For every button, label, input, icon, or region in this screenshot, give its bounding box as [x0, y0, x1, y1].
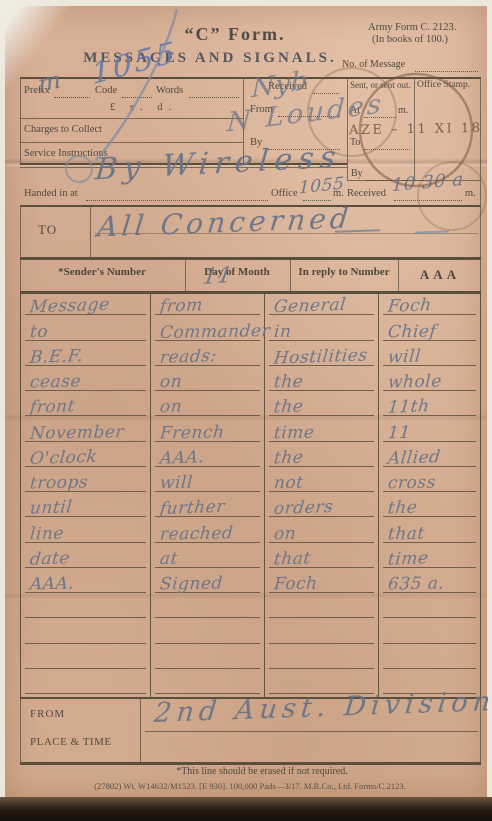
- message-cell: the: [265, 394, 379, 419]
- message-word: B.E.F.: [29, 346, 85, 368]
- message-row: ceaseonthewhole: [21, 369, 480, 394]
- at-m-label: m.: [398, 105, 408, 116]
- message-cell: further: [151, 495, 265, 520]
- message-word: reached: [159, 523, 234, 544]
- message-word: on: [159, 397, 183, 418]
- message-cell: [21, 672, 151, 697]
- words-label: Words: [156, 85, 183, 96]
- message-cell: troops: [21, 470, 151, 495]
- sent-by-label: By: [351, 168, 363, 179]
- message-word: Commander: [159, 321, 271, 343]
- message-cell: time: [379, 546, 480, 571]
- no-of-message-label: No. of Message: [342, 59, 405, 70]
- footnote: *This line should be erased if not requi…: [176, 766, 348, 777]
- message-cell: AAA.: [151, 445, 265, 470]
- received2-label: Received: [347, 188, 386, 199]
- message-word: at: [159, 548, 179, 569]
- message-cell: [379, 596, 480, 621]
- message-word: November: [29, 422, 124, 444]
- message-cell: orders: [265, 495, 379, 520]
- message-cell: Hostilities: [265, 344, 379, 369]
- army-form-number: Army Form C. 2123.: [368, 22, 456, 33]
- message-row: MessagefromGeneralFoch: [21, 293, 480, 318]
- received-blank: [313, 80, 339, 94]
- message-word: in: [273, 321, 292, 341]
- message-word: 11: [387, 422, 411, 442]
- hw-corner-note: m: [36, 66, 62, 99]
- message-cell: time: [265, 419, 379, 444]
- message-cell: the: [265, 369, 379, 394]
- message-cell: not: [265, 470, 379, 495]
- message-cell: [379, 647, 480, 672]
- message-cell: Allied: [379, 445, 480, 470]
- message-word: the: [273, 447, 305, 468]
- message-cell: [21, 621, 151, 646]
- message-word: further: [159, 497, 226, 519]
- message-cell: AAA.: [21, 571, 151, 596]
- message-cell: 11th: [379, 394, 480, 419]
- message-cell: Message: [21, 293, 151, 318]
- message-word: Signed: [159, 573, 223, 594]
- message-cell: November: [21, 419, 151, 444]
- hw-day-value: 11: [201, 263, 235, 290]
- message-cell: [265, 596, 379, 621]
- message-row: B.E.F.reads:Hostilitieswill: [21, 344, 480, 369]
- in-reply-label: In reply to Number: [298, 266, 389, 278]
- message-word: will: [159, 473, 193, 494]
- place-time-label: PLACE & TIME: [30, 736, 112, 748]
- message-word: the: [273, 397, 305, 418]
- message-cell: [21, 647, 151, 672]
- senders-number-label: *Sender's Number: [58, 266, 146, 278]
- message-cell: to: [21, 318, 151, 343]
- message-cell: in: [265, 318, 379, 343]
- message-cell: [265, 647, 379, 672]
- message-row: AAA.SignedFoch635 a.: [21, 571, 480, 596]
- message-cell: B.E.F.: [21, 344, 151, 369]
- scan-shadow-band: [0, 797, 492, 821]
- scanned-message-form: “C” Form. Army Form C. 2123. (In books o…: [0, 0, 492, 821]
- message-cell: [265, 621, 379, 646]
- message-word: date: [29, 548, 71, 569]
- to-box-label: TO: [38, 222, 57, 238]
- message-row: troopswillnotcross: [21, 470, 480, 495]
- message-word: Foch: [387, 295, 433, 317]
- message-grid: MessagefromGeneralFochtoCommanderinChief…: [20, 293, 481, 697]
- message-cell: 11: [379, 419, 480, 444]
- message-row: [21, 621, 480, 646]
- message-word: the: [273, 372, 304, 393]
- message-word: until: [29, 498, 73, 519]
- message-cell: from: [151, 293, 265, 318]
- message-word: not: [273, 473, 304, 494]
- message-cell: front: [21, 394, 151, 419]
- message-cell: the: [265, 445, 379, 470]
- message-cell: Commander: [151, 318, 265, 343]
- message-word: to: [29, 321, 49, 341]
- message-word: O'clock: [29, 447, 99, 469]
- message-cell: will: [151, 470, 265, 495]
- message-cell: General: [265, 293, 379, 318]
- charges-label: Charges to Collect: [24, 124, 102, 135]
- message-word: from: [159, 296, 204, 317]
- message-cell: [151, 621, 265, 646]
- message-cell: [379, 621, 480, 646]
- message-word: cross: [387, 473, 436, 494]
- to-blank: [364, 136, 410, 150]
- message-word: the: [387, 498, 419, 519]
- message-word: Message: [29, 295, 111, 318]
- message-cell: on: [151, 394, 265, 419]
- message-cell: cross: [379, 470, 480, 495]
- message-cell: Signed: [151, 571, 265, 596]
- message-word: cease: [29, 372, 81, 393]
- message-word: 635 a.: [387, 574, 445, 595]
- message-word: front: [29, 396, 76, 418]
- message-cell: Foch: [379, 293, 480, 318]
- message-cell: reached: [151, 520, 265, 545]
- message-cell: cease: [21, 369, 151, 394]
- from-box-label: FROM: [30, 708, 65, 720]
- message-word: troops: [29, 472, 89, 493]
- message-row: linereachedonthat: [21, 520, 480, 545]
- message-word: French: [159, 422, 225, 443]
- imprint: (27802) Wt. W14632/M1523. [E 930]. 100,0…: [94, 781, 406, 791]
- office-stamp-date: AZE – 11 XI 18: [349, 121, 483, 138]
- message-row: NovemberFrenchtime11: [21, 419, 480, 444]
- office-label: Office: [271, 188, 298, 199]
- message-word: will: [387, 346, 422, 367]
- office-stamp-label: Office Stamp.: [417, 80, 470, 90]
- message-word: Chief: [387, 321, 437, 342]
- message-cell: until: [21, 495, 151, 520]
- message-row: O'clockAAA.theAllied: [21, 445, 480, 470]
- message-cell: Foch: [265, 571, 379, 596]
- message-cell: date: [21, 546, 151, 571]
- message-cell: Chief: [379, 318, 480, 343]
- message-word: on: [273, 523, 297, 543]
- message-cell: French: [151, 419, 265, 444]
- message-cell: O'clock: [21, 445, 151, 470]
- message-word: Hostilities: [273, 345, 369, 368]
- message-cell: line: [21, 520, 151, 545]
- no-of-message-blank: [415, 58, 478, 72]
- message-word: General: [273, 295, 347, 317]
- message-word: reads:: [159, 346, 218, 368]
- message-cell: at: [151, 546, 265, 571]
- message-cell: [151, 647, 265, 672]
- message-word: time: [273, 422, 315, 443]
- code-blank: [122, 84, 152, 98]
- service-label: Service Instructions: [24, 148, 108, 159]
- message-word: Foch: [273, 574, 318, 595]
- message-cell: reads:: [151, 344, 265, 369]
- message-cell: on: [265, 520, 379, 545]
- message-word: time: [387, 548, 430, 569]
- message-row: [21, 596, 480, 621]
- message-cell: [21, 596, 151, 621]
- message-cell: that: [265, 546, 379, 571]
- aaa-label: AAA: [420, 267, 460, 283]
- message-row: [21, 647, 480, 672]
- message-word: AAA.: [159, 447, 206, 469]
- message-cell: on: [151, 369, 265, 394]
- message-cell: [151, 596, 265, 621]
- message-row: toCommanderinChief: [21, 318, 480, 343]
- message-cell: the: [379, 495, 480, 520]
- handed-blank: [86, 187, 268, 201]
- army-form-books: (In books of 100.): [372, 34, 448, 45]
- message-word: that: [387, 523, 425, 544]
- message-word: 11th: [387, 397, 431, 418]
- message-cell: [151, 672, 265, 697]
- message-word: whole: [387, 372, 442, 393]
- message-cell: 635 a.: [379, 571, 480, 596]
- message-row: dateatthattime: [21, 546, 480, 571]
- message-word: orders: [273, 497, 335, 519]
- message-cell: will: [379, 344, 480, 369]
- message-word: on: [159, 372, 183, 392]
- words-blank: [189, 84, 239, 98]
- message-word: Allied: [387, 447, 442, 469]
- message-cell: whole: [379, 369, 480, 394]
- handed-label: Handed in at: [24, 188, 78, 199]
- message-row: untilfurtherordersthe: [21, 495, 480, 520]
- message-word: that: [273, 548, 312, 569]
- received-m-label: m.: [465, 188, 476, 199]
- to-label: To: [350, 137, 360, 148]
- message-row: frontonthe11th: [21, 394, 480, 419]
- message-cell: that: [379, 520, 480, 545]
- lsd-label: £ s. d.: [110, 102, 177, 113]
- message-word: AAA.: [29, 574, 75, 595]
- message-word: line: [29, 523, 64, 544]
